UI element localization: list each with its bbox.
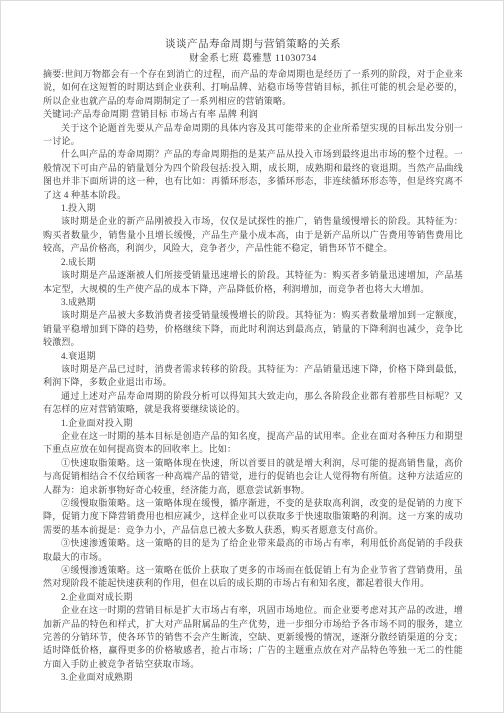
paragraph: 通过上述对产品寿命周期的阶段分析可以得知其大致走向，那么各阶段企业都有着那些目标…: [43, 390, 463, 417]
paragraph: 什么叫产品的寿命周期？产品的寿命周期指的是某产品从投入市场到最终退出市场的整个过…: [43, 148, 463, 202]
section-heading-growth-stage: 2.成长期: [43, 256, 463, 269]
paragraph: 该时期是企业的新产品刚被投入市场，仅仅是试探性的推广，销售量缓慢增长的阶段。其特…: [43, 215, 463, 255]
paragraph: 该时期是产品逐渐被人们所接受销量迅速增长的阶段。其特征为：购买者多销量迅速增加，…: [43, 269, 463, 296]
paragraph-strategy-1: ①快速取脂策略。这一策略体现在快速，所以首要目的就是增大利润，尽可能的提高销售量…: [43, 457, 463, 497]
section-heading-firm-intro-stage: 1.企业面对投入期: [43, 417, 463, 430]
section-heading-decline-stage: 4.衰退期: [43, 350, 463, 363]
paragraph-strategy-4: ④缓慢渗透策略。这一策略在低价上获取了更多的市场而在低促销上有为企业节省了营销费…: [43, 564, 463, 591]
paragraph: 该时期是产品已过时，消费者需求转移的阶段。其特征为：产品销量迅速下降，价格下降到…: [43, 363, 463, 390]
doc-author-line: 财金系七班 葛雅慧 11030734: [43, 52, 463, 66]
keywords-line: 关键词:产品寿命周期 营销目标 市场占有率 品牌 利润: [43, 108, 463, 121]
paragraph: 企业在这一时期的营销目标是扩大市场占有率，巩固市场地位。而企业要考虑对其产品的改…: [43, 604, 463, 671]
section-heading-firm-maturity-stage: 3.企业面对成熟期: [43, 671, 463, 684]
paragraph: 关于这个论题首先要从产品寿命周期的具体内容及其可能带来的企业所希望实现的目标出发…: [43, 122, 463, 149]
document-page: 谈谈产品寿命周期与营销策略的关系 财金系七班 葛雅慧 11030734 摘要:世…: [0, 0, 504, 713]
paragraph-strategy-2: ②缓慢取脂策略。这一策略体现在缓慢，循序渐进，不变的是获取高利润，改变的是促销的…: [43, 497, 463, 537]
doc-title: 谈谈产品寿命周期与营销策略的关系: [43, 37, 463, 52]
section-heading-firm-growth-stage: 2.企业面对成长期: [43, 591, 463, 604]
paragraph: 该时期是产品被大多数消费者接受销量缓慢增长的阶段。其特征为：购买者数量增加到一定…: [43, 309, 463, 349]
abstract-paragraph: 摘要:世间万物都会有一个存在到消亡的过程，而产品的寿命周期也是经历了一系列的阶段…: [43, 68, 463, 108]
section-heading-maturity-stage: 3.成熟期: [43, 296, 463, 309]
paragraph: 企业在这一时期的基本目标是创造产品的知名度，提高产品的试用率。企业在面对各种压力…: [43, 430, 463, 457]
paragraph-strategy-3: ③快速渗透策略。这一策略的目的是为了给企业带来最高的市场占有率，利用低价高促销的…: [43, 537, 463, 564]
section-heading-intro-stage: 1.投入期: [43, 202, 463, 215]
